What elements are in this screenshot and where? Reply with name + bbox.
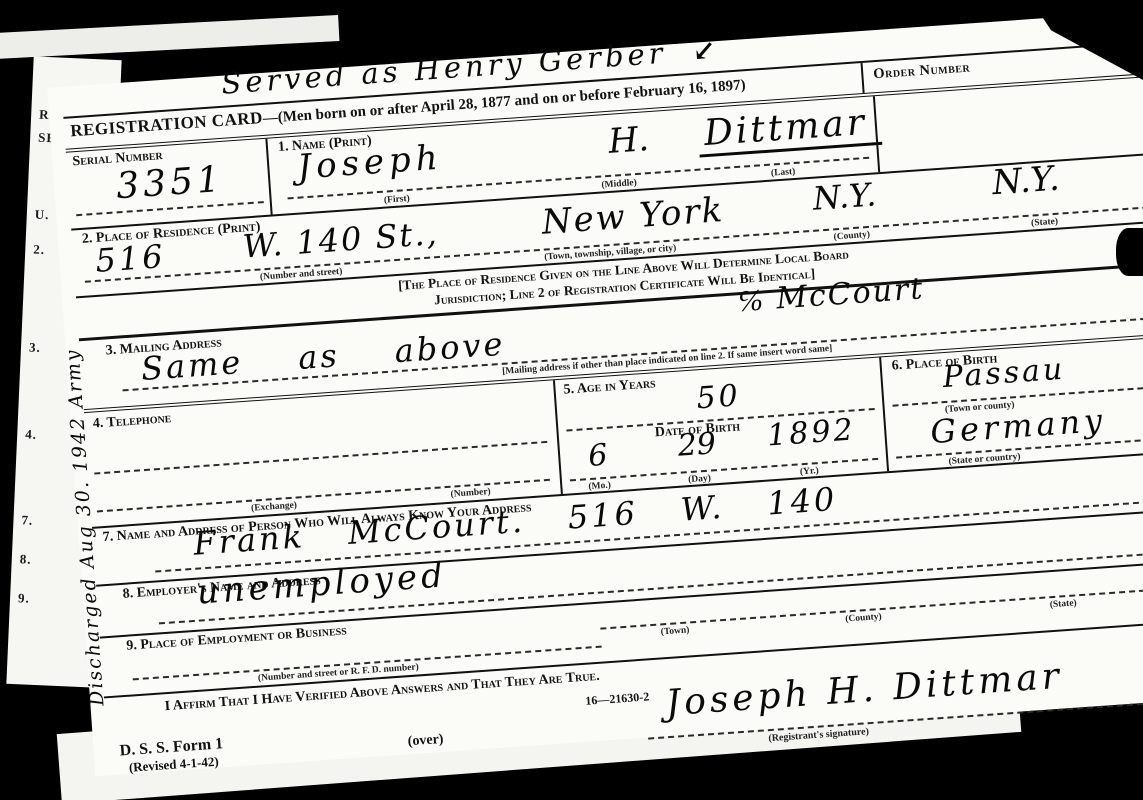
edge-text-fragment: 7. bbox=[21, 512, 33, 528]
birthplace-town-value: Passau bbox=[942, 355, 1067, 393]
age-dob-cell: 5. Age in Years 50 Date of Birth 6 29 18… bbox=[553, 358, 887, 495]
edge-text-fragment: 8. bbox=[19, 551, 31, 567]
residence-number-value: 516 bbox=[94, 240, 166, 277]
residence-street-value: W. 140 St., bbox=[242, 217, 440, 263]
edge-text-fragment: 2. bbox=[33, 242, 45, 258]
dob-month-value: 6 bbox=[587, 441, 608, 472]
edge-text-fragment: 3. bbox=[29, 339, 41, 355]
employment-town-sublabel: (Town) bbox=[660, 625, 689, 637]
dob-month-sublabel: (Mo.) bbox=[588, 481, 611, 493]
employment-state-sublabel: (State) bbox=[1049, 598, 1077, 610]
dob-year-value: 1892 bbox=[766, 415, 856, 451]
dob-day-value: 29 bbox=[677, 429, 717, 462]
telephone-label: 4. Telephone bbox=[92, 411, 172, 432]
print-code: 16—21630-2 bbox=[585, 689, 650, 708]
age-label: 5. Age in Years bbox=[563, 376, 656, 398]
employment-county-sublabel: (County) bbox=[845, 612, 882, 625]
over-label: (over) bbox=[407, 732, 444, 750]
name-middle-sublabel: (Middle) bbox=[601, 178, 637, 190]
birthplace-country-value: Germany bbox=[929, 404, 1107, 448]
birthplace-cell: 6. Place of Birth Passau (Town or county… bbox=[879, 337, 1143, 472]
residence-county-sublabel: (County) bbox=[833, 230, 870, 243]
name-last-sublabel: (Last) bbox=[771, 167, 796, 179]
residence-city-value: New York bbox=[541, 193, 726, 240]
edge-text-fragment: 9. bbox=[18, 590, 30, 606]
edge-text-fragment: U. bbox=[34, 207, 49, 224]
serial-number-value: 3351 bbox=[115, 162, 225, 205]
edge-text-fragment: 4. bbox=[25, 426, 37, 442]
under-card-top-edge bbox=[0, 15, 339, 59]
residence-county-value: N.Y. bbox=[812, 178, 877, 214]
serial-number-cell: Serial Number 3351 bbox=[66, 139, 271, 229]
scan-ink-blob bbox=[1116, 228, 1143, 276]
residence-state-sublabel: (State) bbox=[1031, 217, 1059, 229]
age-value: 50 bbox=[696, 381, 742, 414]
name-first-value: Joseph bbox=[296, 141, 443, 185]
name-first-sublabel: (First) bbox=[384, 194, 410, 206]
residence-state-value: N.Y. bbox=[991, 162, 1060, 201]
telephone-exchange-sublabel: (Exchange) bbox=[251, 501, 298, 514]
dob-year-sublabel: (Yr.) bbox=[800, 466, 820, 477]
name-last-value: Dittmar bbox=[697, 104, 883, 158]
telephone-number-sublabel: (Number) bbox=[450, 487, 491, 500]
dob-day-sublabel: (Day) bbox=[688, 474, 711, 486]
name-middle-value: H. bbox=[607, 122, 650, 159]
registration-card: Discharged Aug 30. 1942 Army Served as H… bbox=[47, 10, 1143, 776]
arrow-icon: ↙ bbox=[691, 33, 721, 68]
